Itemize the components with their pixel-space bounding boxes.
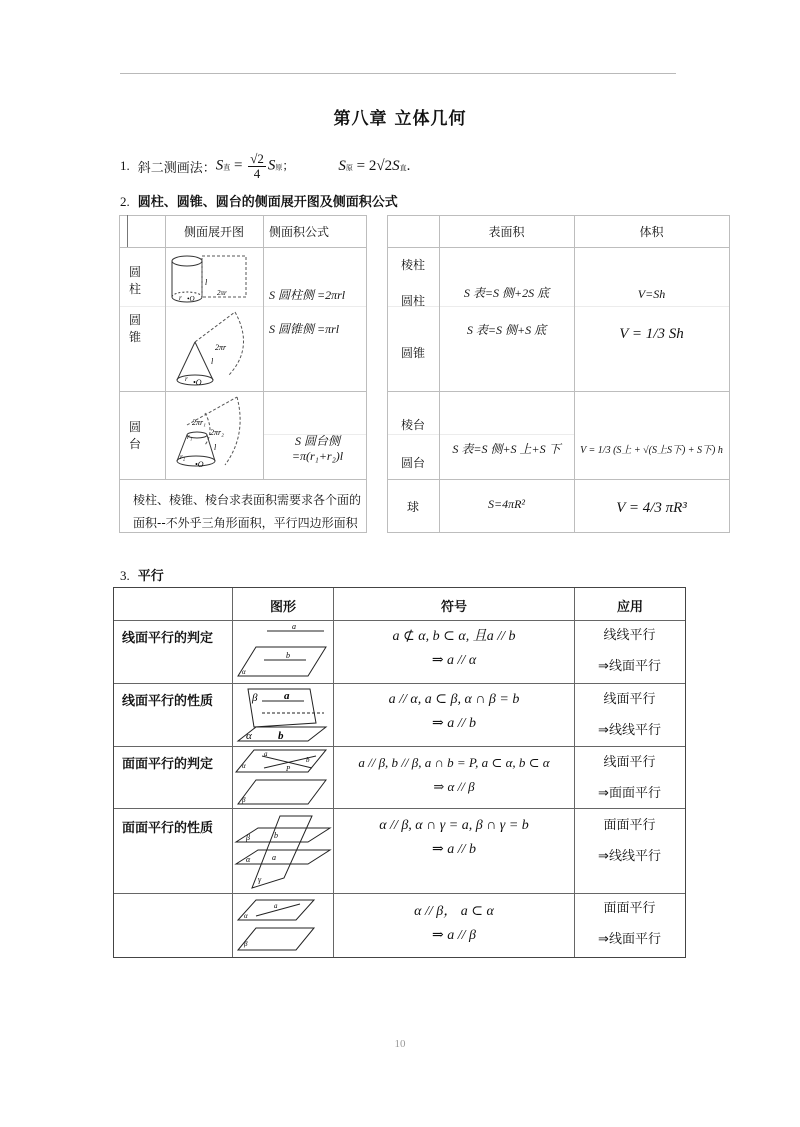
header-surface-area: 表面积 [439,215,574,247]
symbol-line-plane-criterion: a ⊄ α, b ⊂ α, 且a // b⇒ a // α [334,625,574,673]
svg-text:2πr₂: 2πr₂ [210,428,224,437]
cone-surface-formula: S 表=S 侧+S 底 [439,320,574,338]
section-heading-parallel: 3.平行 [120,565,164,584]
svg-text:α: α [246,730,252,742]
svg-text:β: β [241,796,246,804]
header-application: 应用 [575,596,685,615]
cylinder-lateral-formula: S 圆柱侧 =2πrl [269,285,366,303]
svg-text:α: α [242,762,246,770]
svg-text:b: b [286,651,290,660]
svg-text:•O: •O [187,295,195,303]
formula-direct-area: S直 = √24S原； [216,152,295,180]
cone-lateral-formula: S 圆锥侧 =πrl [269,319,366,337]
svg-text:b: b [306,756,310,764]
figure-plane-plane-to-line: a α β [234,898,332,958]
prism-volume-formula: V=Sh [574,285,729,303]
symbol-plane-plane-criterion: a // β, b // β, a ∩ b = P, a ⊂ α, b ⊂ α⇒… [334,751,574,799]
label-cone-r: 圆锥 [387,343,439,361]
cylinder-unfold-figure: l 2πr r •O [167,253,263,309]
application-line-plane-property: 线面平行⇒线线平行 [574,684,685,746]
svg-text:b: b [278,730,284,742]
symbol-plane-plane-to-line: α // β， a ⊂ α⇒ a // β [334,900,574,948]
svg-text:l: l [205,278,208,287]
cone-volume-formula: V = 1/3 Sh [574,315,729,353]
prism-surface-formula: S 表=S 侧+2S 底 [439,283,574,301]
symbol-line-plane-property: a // α, a ⊂ β, α ∩ β = b⇒ a // b [334,688,574,736]
svg-text:2πr: 2πr [217,289,227,297]
section-number: 1. [120,158,130,174]
page-title: 第八章 立体几何 [0,104,800,129]
application-plane-plane-property: 面面平行⇒线线平行 [574,810,685,872]
svg-text:r₂: r₂ [180,453,186,461]
parallel-table: 图形 符号 应用 线面平行的判定 a b α a ⊄ α, b ⊂ α, 且a … [113,587,686,958]
symbol-plane-plane-property: α // β, α ∩ γ = a, β ∩ γ = b⇒ a // b [334,814,574,862]
section-label: 斜二测画法： [138,157,216,176]
svg-text:l: l [214,443,217,452]
frustum-volume-formula: V = 1/3 (S上 + √(S上S下) + S下) h [574,437,729,459]
frustum-lateral-formula: S 圆台侧 =π(r₁+r₂)l [269,439,366,457]
svg-text:r₁: r₁ [187,433,192,441]
application-plane-plane-criterion: 线面平行⇒面面平行 [574,747,685,809]
svg-text:β: β [243,940,248,948]
svg-text:γ: γ [258,875,262,884]
svg-text:β: β [251,692,258,704]
svg-text:a: a [284,690,290,702]
solids-formula-table: 侧面展开图 侧面积公式 表面积 体积 圆柱 l 2πr r •O S 圆柱侧 =… [119,215,730,533]
label-frustum: 圆台 [125,418,145,454]
svg-text:•O: •O [195,460,204,469]
svg-text:b: b [274,831,278,840]
label-frustum-prism: 棱台 [387,415,439,433]
section-oblique-drawing: 1. 斜二测画法： S直 = √24S原； S原 = 2√2S直. [120,146,410,186]
sphere-volume-formula: V = 4/3 πR³ [574,495,729,521]
label-sphere: 球 [387,497,439,515]
svg-text:a: a [274,902,278,910]
application-plane-plane-to-line: 面面平行⇒线面平行 [574,893,685,955]
label-cylinder-r: 圆柱 [387,291,439,309]
svg-text:•O: •O [193,378,202,387]
figure-line-plane-property: β a α b [234,685,332,749]
frustum-unfold-figure: 2πr₁ 2πr₂ r₁ l r₂ •O [167,395,263,481]
svg-text:a: a [292,622,296,631]
header-volume: 体积 [574,215,729,247]
label-cylinder: 圆柱 [125,263,145,299]
formula-original-area: S原 = 2√2S直. [338,158,410,175]
row-plane-plane-criterion: 面面平行的判定 [122,753,213,772]
row-line-plane-criterion: 线面平行的判定 [122,627,213,646]
svg-text:β: β [245,833,250,842]
cone-unfold-figure: 2πr l r •O [165,308,263,394]
svg-text:2πr₁: 2πr₁ [192,418,206,427]
header-lateral-formula: 侧面积公式 [263,215,372,247]
sphere-surface-formula: S=4πR² [439,495,574,513]
label-frustum-r: 圆台 [387,453,439,471]
figure-plane-plane-criterion: a b P α β [234,748,332,812]
header-figure: 图形 [233,596,333,615]
figure-plane-plane-property: β b α a γ [234,812,332,894]
svg-text:α: α [242,668,246,676]
svg-text:r: r [179,294,182,302]
svg-text:a: a [264,750,268,758]
section-heading-lateral: 2.圆柱、圆锥、圆台的侧面展开图及侧面积公式 [120,191,398,210]
svg-text:a: a [272,853,276,862]
row-plane-plane-property: 面面平行的性质 [122,817,213,836]
page-number: 10 [0,1038,800,1050]
svg-text:2πr: 2πr [215,343,227,352]
label-cone: 圆锥 [125,311,145,347]
frustum-surface-formula: S 表=S 侧+S 上+S 下 [439,439,574,457]
header-unfolded-view: 侧面展开图 [165,215,263,247]
header-rule [120,73,676,74]
label-prism: 棱柱 [387,255,439,273]
polyhedra-area-note: 棱柱、棱锥、棱台求表面积需要求各个面的面积--不外乎三角形面积，平行四边形面积 [133,489,363,535]
header-symbol: 符号 [334,596,574,615]
application-line-plane-criterion: 线线平行⇒线面平行 [574,620,685,682]
svg-text:α: α [246,855,251,864]
svg-text:α: α [244,912,248,920]
row-line-plane-property: 线面平行的性质 [122,690,213,709]
svg-text:l: l [211,357,214,366]
figure-line-plane-criterion: a b α [234,622,332,686]
svg-text:P: P [285,765,291,773]
svg-text:r: r [185,375,188,383]
